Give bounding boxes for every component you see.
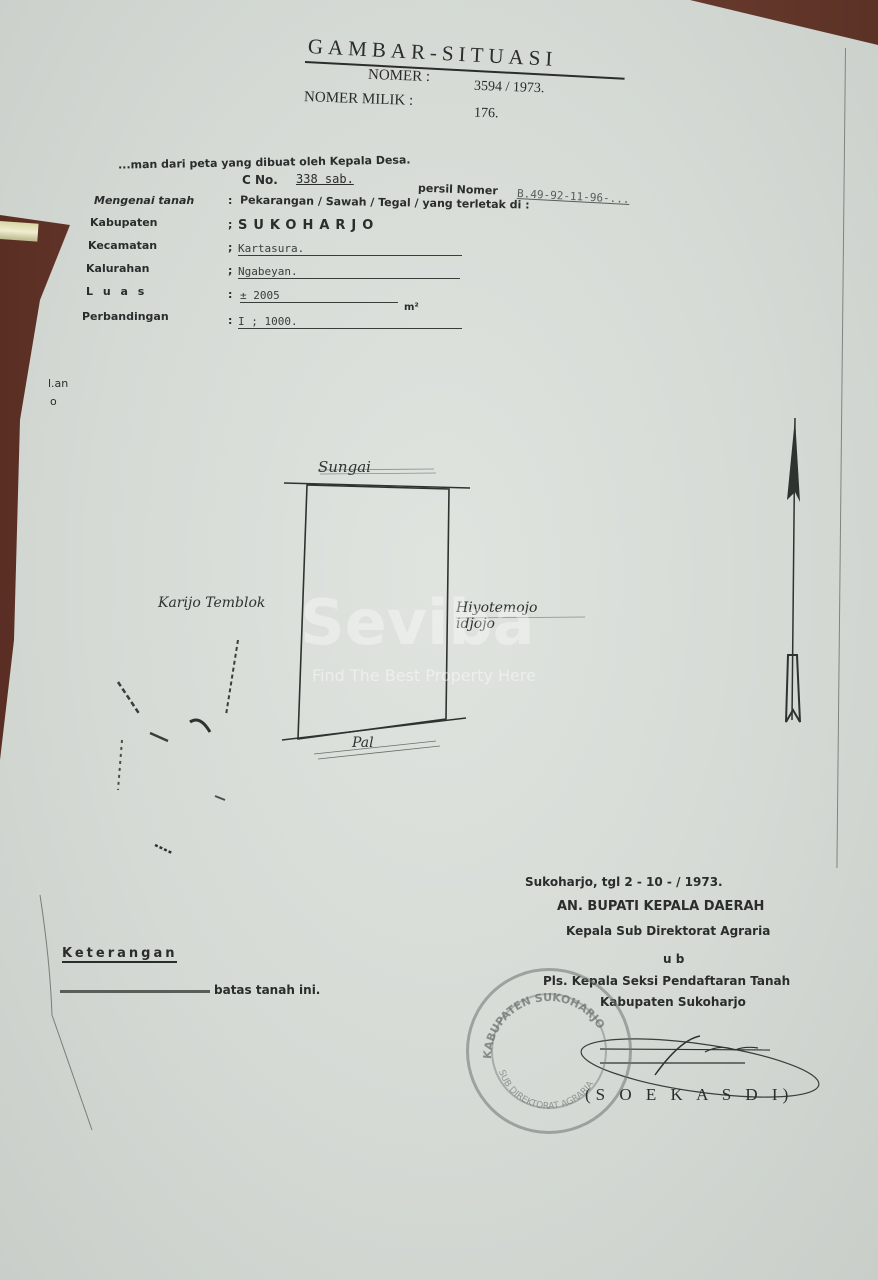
field-sep: : [228, 288, 232, 301]
signatory-name: (S O E K A S D I) [585, 1085, 793, 1105]
field-sep: ; [228, 218, 232, 231]
field-sep: ; [228, 241, 232, 254]
signature-line-3: u b [663, 952, 684, 966]
keterangan-title: Keterangan [62, 946, 177, 963]
field-unit-luas: m² [404, 302, 419, 313]
c-no-label: C No. [242, 173, 278, 187]
legend-text: batas tanah ini. [214, 983, 320, 997]
field-value-kalurahan: Ngabeyan. [238, 265, 460, 279]
plot-west-label: Karijo Temblok [158, 595, 265, 611]
table-trim [0, 220, 39, 241]
field-label-mengenai-tanah: Mengenai tanah [94, 194, 194, 207]
field-label-luas: L u a s [86, 285, 147, 298]
stamp-top-text: KABUPATEN SUKOHARJO [481, 991, 607, 1059]
field-sep: : [228, 194, 232, 207]
field-value-perbandingan: I ; 1000. [238, 315, 462, 329]
nomer-milik-value: 176. [474, 106, 499, 123]
official-stamp: KABUPATEN SUKOHARJO SUB DIREKTORAT AGRAR… [466, 968, 632, 1134]
boundary-legend-line [60, 990, 210, 993]
field-label-kalurahan: Kalurahan [86, 262, 149, 275]
margin-note-line2: o [50, 395, 57, 408]
watermark-tagline: Find The Best Property Here [312, 666, 536, 685]
field-label-kecamatan: Kecamatan [88, 239, 157, 252]
field-value-luas: ± 2005 [240, 289, 398, 303]
field-sep: : [228, 314, 232, 327]
plot-north-label: Sungai [318, 458, 371, 476]
plot-south-label: Pal [352, 735, 374, 751]
signature-line-2: Kepala Sub Direktorat Agraria [566, 924, 770, 938]
nomer-value: 3594 / 1973. [474, 79, 545, 97]
svg-text:SUB DIREKTORAT AGRARIA: SUB DIREKTORAT AGRARIA [496, 1069, 596, 1112]
field-label-perbandingan: Perbandingan [82, 310, 169, 323]
watermark-brand: Seviba [300, 586, 535, 659]
place-date: Sukoharjo, tgl 2 - 10 - / 1973. [525, 875, 723, 889]
margin-note-line1: l.an [48, 377, 68, 390]
c-no-value: 338 sab. [296, 172, 354, 186]
field-value-kecamatan: Kartasura. [238, 242, 462, 256]
signature-line-1: AN. BUPATI KEPALA DAERAH [557, 899, 764, 914]
nomer-label: NOMER : [368, 67, 431, 86]
stamp-bottom-text: SUB DIREKTORAT AGRARIA [496, 1069, 596, 1112]
field-sep: ; [228, 264, 232, 277]
svg-text:KABUPATEN SUKOHARJO: KABUPATEN SUKOHARJO [481, 991, 607, 1059]
field-label-kabupaten: Kabupaten [90, 216, 158, 229]
field-value-kabupaten: SUKOHARJO [238, 218, 379, 233]
persil-label: persil Nomer [418, 182, 498, 198]
